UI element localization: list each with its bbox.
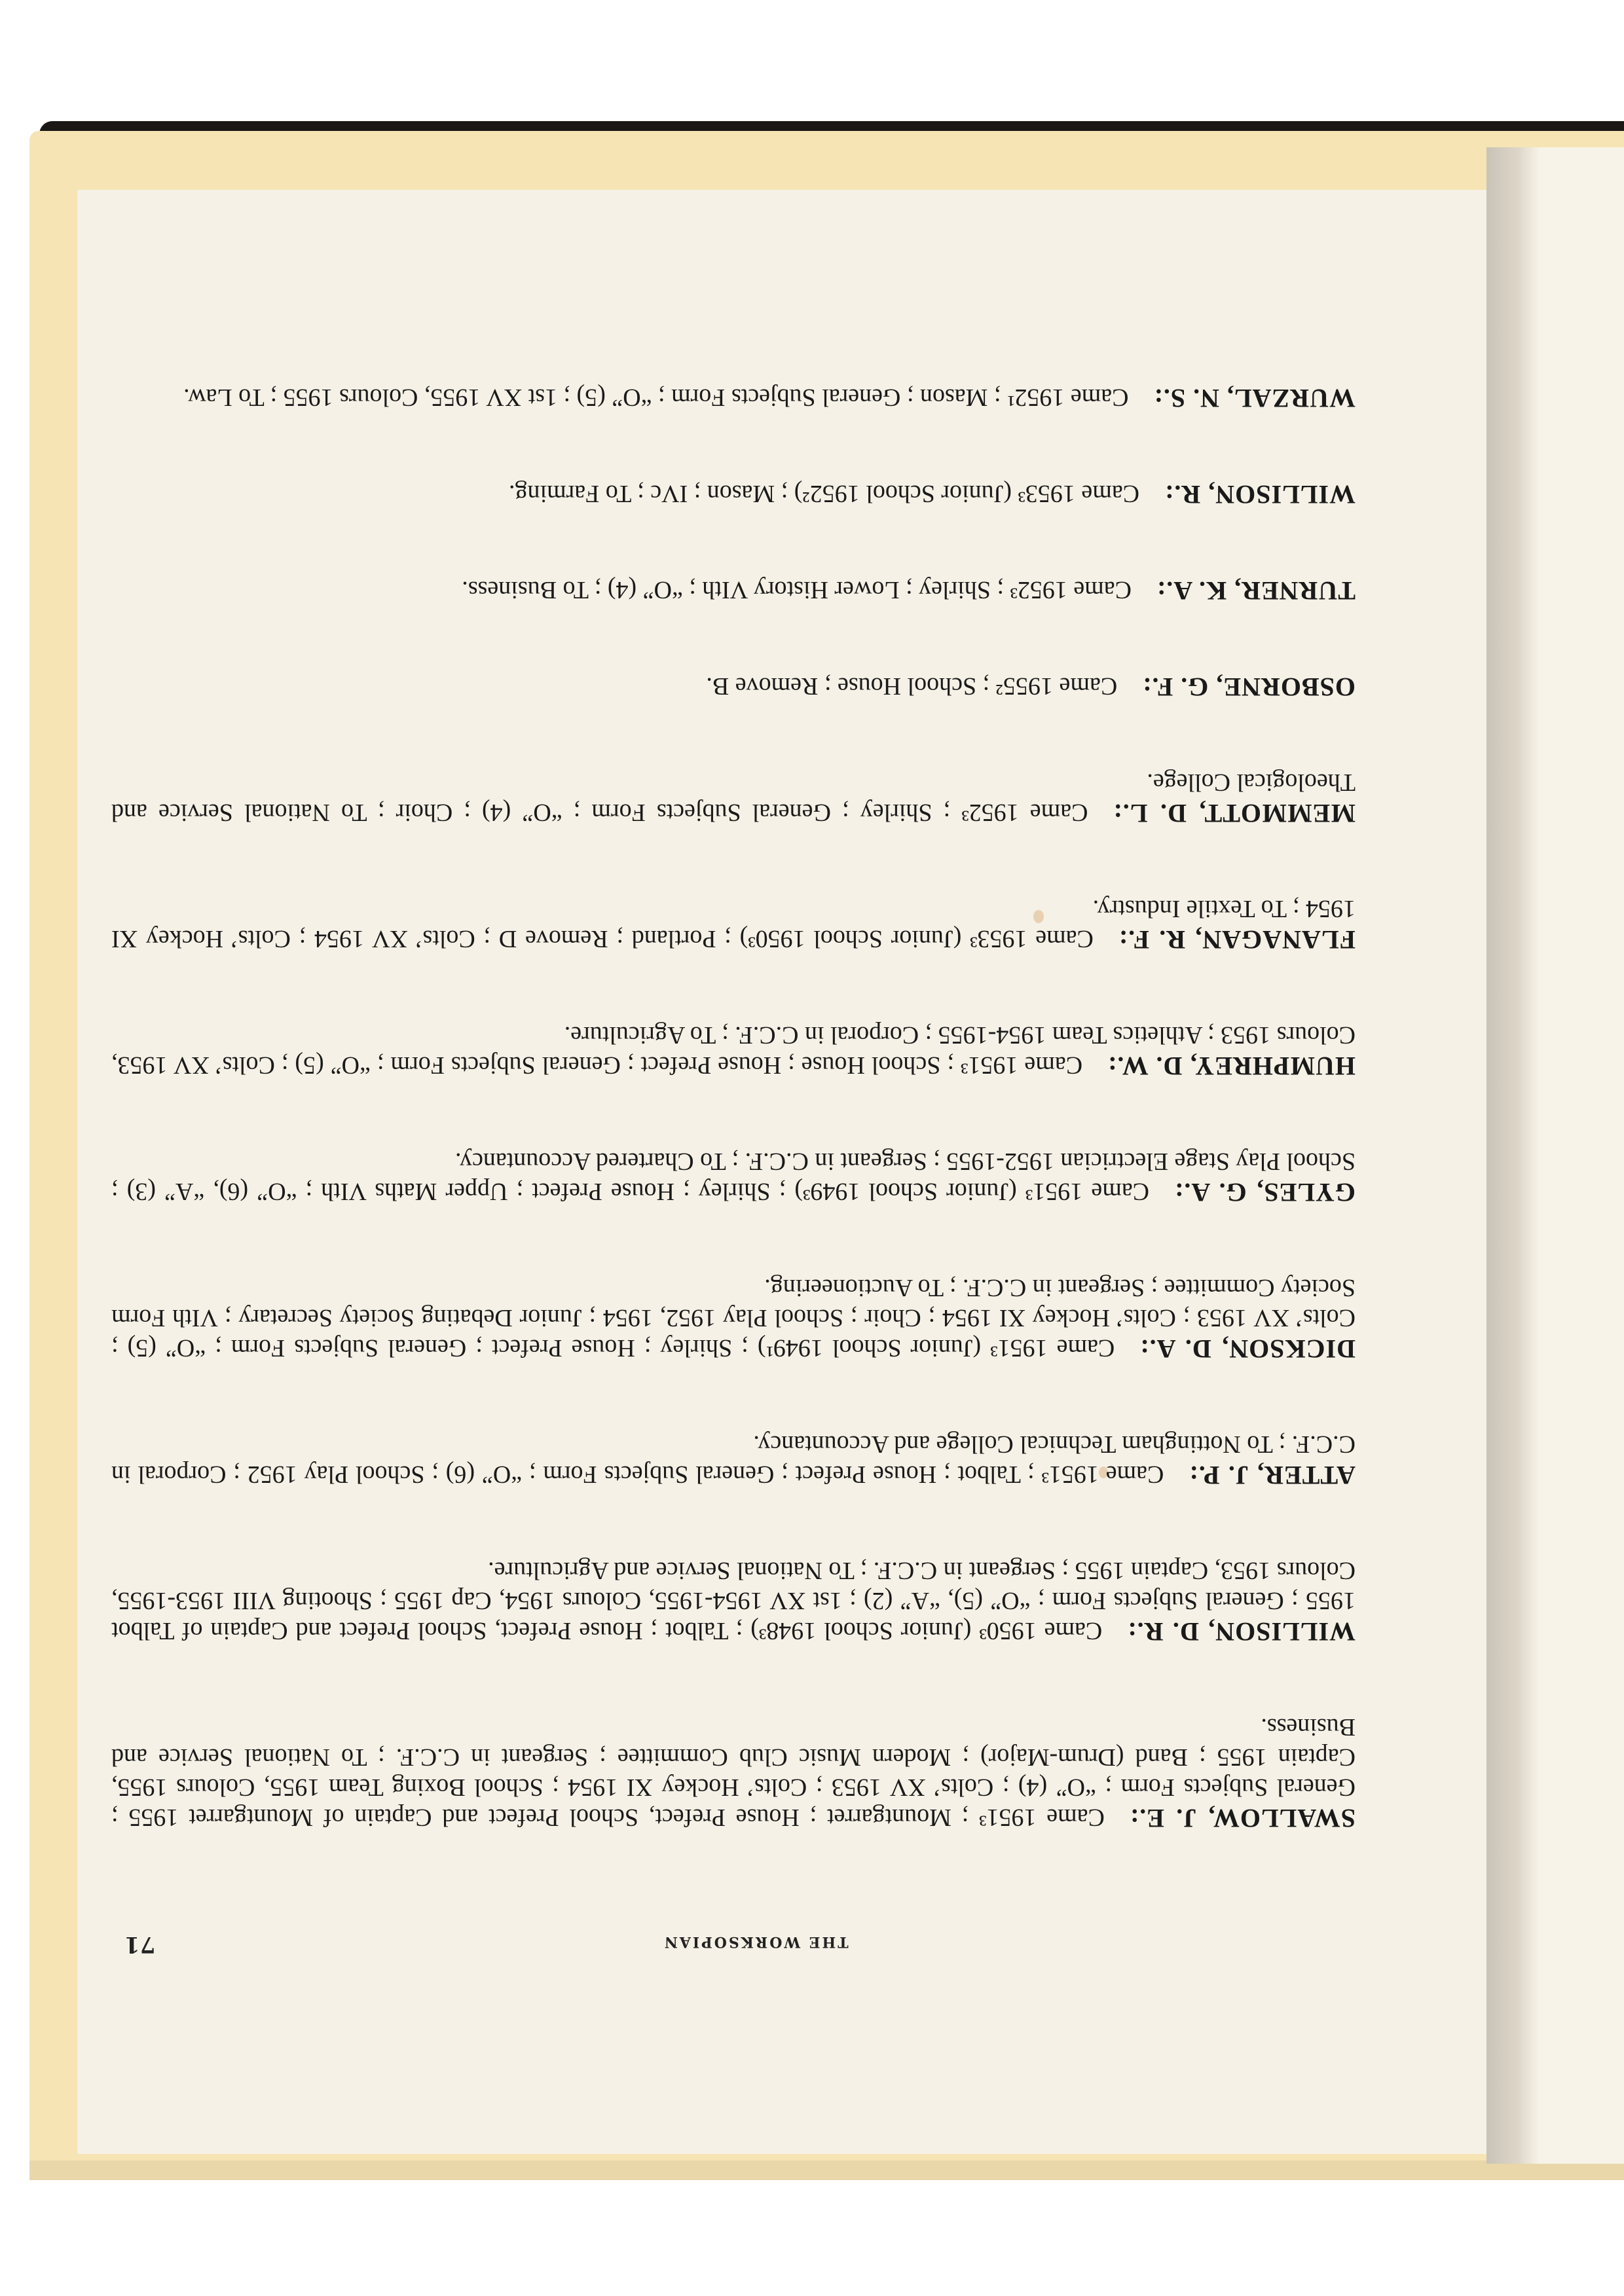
facing-page: [1539, 147, 1624, 2164]
list-item: TURNER, K. A.: Came 1952³ ; Shirley ; Lo…: [111, 575, 1356, 606]
entry-text: Came 1955² ; School House ; Remove B.: [706, 672, 1142, 700]
page-number: 71: [124, 1931, 155, 1958]
list-item: WILLISON, D. R.: Came 1950³ (Junior Scho…: [111, 1556, 1356, 1647]
entry-name: OSBORNE, G. F.:: [1142, 672, 1356, 702]
entry-text: Came 1952¹ ; Mason ; General Subjects Fo…: [183, 384, 1153, 411]
entry-name: MEMMOTT, D. L.:: [1113, 799, 1356, 828]
entry-text: Came 1952³ ; Shirley ; Lower History VIt…: [462, 576, 1156, 604]
running-header: THE WORKSOPIAN 71: [111, 1931, 1356, 1958]
list-item: MEMMOTT, D. L.: Came 1952³ ; Shirley ; G…: [111, 767, 1356, 828]
entry-name: GYLES, G. A.:: [1174, 1178, 1356, 1207]
entry-text: Came 1953³ (Junior School 1952²) ; Mason…: [509, 480, 1164, 507]
book-gutter: [1486, 147, 1539, 2164]
list-item: WILLISON, R.: Came 1953³ (Junior School …: [111, 479, 1356, 509]
entry-name: WURZAL, N. S.:: [1154, 384, 1356, 413]
list-item: ATTER, J. P.: Came 1951³ ; Talbot ; Hous…: [111, 1429, 1356, 1490]
entry-name: WILLISON, R.:: [1164, 480, 1356, 509]
entry-name: DICKSON, D. A.:: [1139, 1334, 1356, 1364]
list-item: WURZAL, N. S.: Came 1952¹ ; Mason ; Gene…: [111, 382, 1356, 413]
list-item: GYLES, G. A.: Came 1951³ (Junior School …: [111, 1146, 1356, 1207]
entry-name: FLANAGAN, R. F.:: [1118, 925, 1356, 955]
entry-name: SWALLOW, J. E.:: [1130, 1804, 1356, 1833]
entry-text: Came 1951³ (Junior School 1949³) ; Shirl…: [111, 1148, 1356, 1205]
list-item: HUMPHREY, D. W.: Came 1951³ ; School Hou…: [111, 1020, 1356, 1081]
list-item: DICKSON, D. A.: Came 1951³ (Junior Schoo…: [111, 1273, 1356, 1364]
entry-text: Came 1951³ ; Talbot ; House Prefect ; Ge…: [111, 1430, 1356, 1488]
entry-name: ATTER, J. P.:: [1189, 1461, 1356, 1490]
list-item: SWALLOW, J. E.: Came 1951³ ; Mountgarret…: [111, 1712, 1356, 1833]
running-head-title: THE WORKSOPIAN: [155, 1933, 1356, 1950]
list-item: FLANAGAN, R. F.: Came 1953³ (Junior Scho…: [111, 894, 1356, 955]
entry-name: WILLISON, D. R.:: [1127, 1617, 1356, 1647]
list-item: OSBORNE, G. F.: Came 1955² ; School Hous…: [111, 671, 1356, 702]
entry-name: TURNER, K. A.:: [1156, 576, 1356, 606]
entries-list: SWALLOW, J. E.: Came 1951³ ; Mountgarret…: [111, 382, 1356, 1833]
book-cover-edge: [29, 2160, 1624, 2180]
entry-name: HUMPHREY, D. W.:: [1107, 1051, 1356, 1081]
page-content: THE WORKSOPIAN 71 SWALLOW, J. E.: Came 1…: [111, 196, 1356, 2128]
